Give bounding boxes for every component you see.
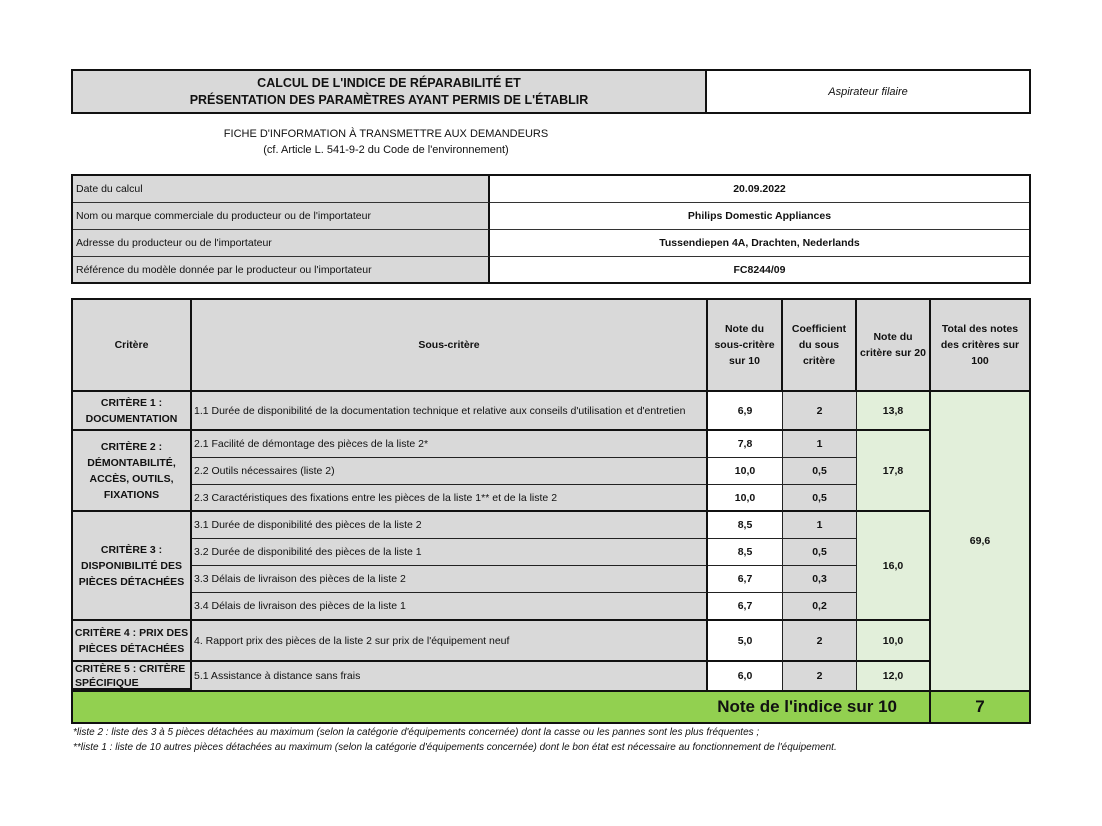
index-score: 7	[931, 690, 1029, 722]
footnote-liste-1: **liste 1 : liste de 10 autres pièces dé…	[73, 742, 837, 753]
subtitle-line-2: (cf. Article L. 541-9-2 du Code de l'env…	[71, 142, 701, 158]
coef-3-3: 0,3	[783, 566, 857, 593]
product-type: Aspirateur filaire	[707, 71, 1029, 112]
criterion-5-label: CRITÈRE 5 : CRITÈRE SPÉCIFIQUE	[73, 662, 192, 690]
subcriterion-5-1: 5.1 Assistance à distance sans frais	[192, 662, 708, 690]
info-value-address: Tussendiepen 4A, Drachten, Nederlands	[490, 230, 1029, 257]
criterion-4-score: 10,0	[857, 621, 931, 662]
note-2-1: 7,8	[708, 431, 783, 458]
coef-4: 2	[783, 621, 857, 662]
coef-5-1: 2	[783, 662, 857, 690]
subcriterion-4: 4. Rapport prix des pièces de la liste 2…	[192, 621, 708, 662]
subtitle-line-1: FICHE D'INFORMATION À TRANSMETTRE AUX DE…	[71, 126, 701, 142]
subcriterion-3-2: 3.2 Durée de disponibilité des pièces de…	[192, 539, 708, 566]
subcriterion-1-1: 1.1 Durée de disponibilité de la documen…	[192, 392, 708, 431]
criterion-1-label: CRITÈRE 1 : DOCUMENTATION	[73, 392, 192, 431]
title-block: CALCUL DE L'INDICE DE RÉPARABILITÉ ET PR…	[71, 69, 1031, 114]
criterion-2-score: 17,8	[857, 431, 931, 512]
header-total: Total des notes des critères sur 100	[931, 300, 1029, 392]
criterion-5-score: 12,0	[857, 662, 931, 690]
total-score-100: 69,6	[931, 392, 1029, 690]
title-line-1: CALCUL DE L'INDICE DE RÉPARABILITÉ ET	[257, 75, 521, 92]
info-value-model: FC8244/09	[490, 257, 1029, 282]
note-3-1: 8,5	[708, 512, 783, 539]
document-title: CALCUL DE L'INDICE DE RÉPARABILITÉ ET PR…	[73, 71, 707, 112]
coef-3-1: 1	[783, 512, 857, 539]
coef-1-1: 2	[783, 392, 857, 431]
note-3-4: 6,7	[708, 593, 783, 621]
subtitle: FICHE D'INFORMATION À TRANSMETTRE AUX DE…	[71, 126, 701, 158]
subcriterion-3-4: 3.4 Délais de livraison des pièces de la…	[192, 593, 708, 621]
info-label-brand: Nom ou marque commerciale du producteur …	[73, 203, 490, 230]
info-table: Date du calcul 20.09.2022 Nom ou marque …	[71, 174, 1031, 284]
subcriterion-2-3: 2.3 Caractéristiques des fixations entre…	[192, 485, 708, 512]
header-sous-critere: Sous-critère	[192, 300, 708, 392]
note-1-1: 6,9	[708, 392, 783, 431]
criterion-4-label: CRITÈRE 4 : PRIX DES PIÈCES DÉTACHÉES	[73, 621, 192, 662]
criterion-2-label: CRITÈRE 2 : DÉMONTABILITÉ, ACCÈS, OUTILS…	[73, 431, 192, 512]
index-label: Note de l'indice sur 10	[73, 690, 931, 722]
note-4: 5,0	[708, 621, 783, 662]
note-2-2: 10,0	[708, 458, 783, 485]
subcriterion-3-1: 3.1 Durée de disponibilité des pièces de…	[192, 512, 708, 539]
note-3-3: 6,7	[708, 566, 783, 593]
header-note-critere: Note du critère sur 20	[857, 300, 931, 392]
subcriterion-3-3: 3.3 Délais de livraison des pièces de la…	[192, 566, 708, 593]
footnote-liste-2: *liste 2 : liste des 3 à 5 pièces détach…	[73, 727, 759, 738]
criterion-3-score: 16,0	[857, 512, 931, 621]
header-coefficient: Coefficient du sous critère	[783, 300, 857, 392]
title-line-2: PRÉSENTATION DES PARAMÈTRES AYANT PERMIS…	[190, 92, 589, 109]
coef-3-2: 0,5	[783, 539, 857, 566]
note-2-3: 10,0	[708, 485, 783, 512]
criterion-1-score: 13,8	[857, 392, 931, 431]
info-label-date: Date du calcul	[73, 176, 490, 203]
note-3-2: 8,5	[708, 539, 783, 566]
subcriterion-2-2: 2.2 Outils nécessaires (liste 2)	[192, 458, 708, 485]
info-label-address: Adresse du producteur ou de l'importateu…	[73, 230, 490, 257]
info-label-model: Référence du modèle donnée par le produc…	[73, 257, 490, 282]
info-value-date: 20.09.2022	[490, 176, 1029, 203]
header-note-sous-critere: Note du sous-critère sur 10	[708, 300, 783, 392]
coef-3-4: 0,2	[783, 593, 857, 621]
subcriterion-2-1: 2.1 Facilité de démontage des pièces de …	[192, 431, 708, 458]
note-5-1: 6,0	[708, 662, 783, 690]
criterion-3-label: CRITÈRE 3 : DISPONIBILITÉ DES PIÈCES DÉT…	[73, 512, 192, 621]
info-value-brand: Philips Domestic Appliances	[490, 203, 1029, 230]
header-critere: Critère	[73, 300, 192, 392]
repairability-table: Critère Sous-critère Note du sous-critèr…	[71, 298, 1031, 724]
coef-2-1: 1	[783, 431, 857, 458]
coef-2-2: 0,5	[783, 458, 857, 485]
coef-2-3: 0,5	[783, 485, 857, 512]
